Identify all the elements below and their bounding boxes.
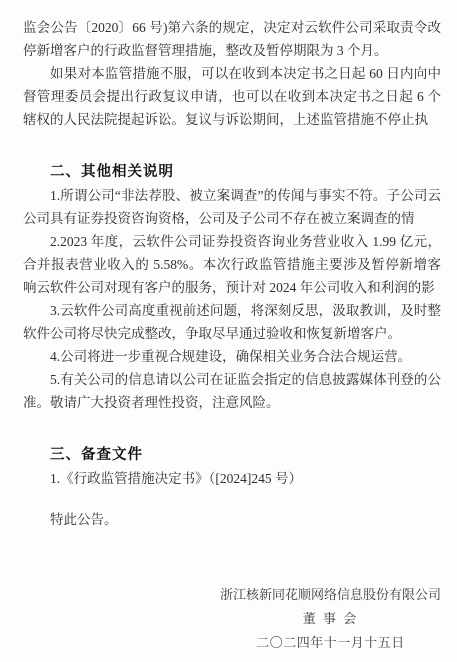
signature-block: 浙江核新同花顺网络信息股份有限公司 董 事 会 二〇二四年十一月十五日: [220, 583, 441, 655]
paragraph: 3.云软件公司高度重视前述问题，将深刻反思，汲取教训，及时整改。云软件公司将尽快…: [23, 299, 441, 345]
announcement-document: 监会公告〔2020〕66 号)第六条的规定，决定对云软件公司采取责令改正、责令暂…: [0, 0, 457, 662]
paragraph: 1.《行政监管措施决定书》（[2024]245 号）: [23, 467, 441, 490]
text-line: 督管理委员会提出行政复议申请，也可以在收到本决定书之日起 6 个月内向有管: [23, 85, 441, 108]
paragraph: 监会公告〔2020〕66 号)第六条的规定，决定对云软件公司采取责令改正、责令暂…: [23, 16, 441, 62]
text-line: 准。敬请广大投资者理性投资，注意风险。: [23, 391, 441, 414]
board-of-directors: 董 事 会: [220, 607, 441, 631]
text-line: 辖权的人民法院提起诉讼。复议与诉讼期间，上述监管措施不停止执行。: [23, 108, 441, 131]
text-line: 5.有关公司的信息请以公司在证监会指定的信息披露媒体刊登的公告为: [23, 368, 441, 391]
paragraph: 如果对本监管措施不服，可以在收到本决定书之日起 60 日内向中国证券监督管理委员…: [23, 62, 441, 131]
text-line: 软件公司将尽快完成整改，争取尽早通过验收和恢复新增客户。: [23, 322, 441, 345]
text-line: 公司具有证券投资咨询资格，公司及子公司不存在被立案调查的情况。: [23, 207, 441, 230]
text-line: 1.所谓公司“非法荐股、被立案调查”的传闻与事实不符。子公司云软件: [23, 184, 441, 207]
document-body: 监会公告〔2020〕66 号)第六条的规定，决定对云软件公司采取责令改正、责令暂…: [23, 16, 441, 490]
text-line: 监会公告〔2020〕66 号)第六条的规定，决定对云软件公司采取责令改正、责令暂: [23, 16, 441, 39]
text-line: 4.公司将进一步重视合规建设，确保相关业务合法合规运营。: [23, 345, 441, 368]
text-line: 2.2023 年度，云软件公司证券投资咨询业务营业收入 1.99 亿元，占公司: [23, 230, 441, 253]
paragraph: 2.2023 年度，云软件公司证券投资咨询业务营业收入 1.99 亿元，占公司合…: [23, 230, 441, 299]
text-line: 1.《行政监管措施决定书》（[2024]245 号）: [23, 467, 441, 490]
text-line: 如果对本监管措施不服，可以在收到本决定书之日起 60 日内向中国证券监: [23, 62, 441, 85]
paragraph: 1.所谓公司“非法荐股、被立案调查”的传闻与事实不符。子公司云软件公司具有证券投…: [23, 184, 441, 230]
text-line: 停新增客户的行政监督管理措施，整改及暂停期限为 3 个月。: [23, 39, 441, 62]
text-line: 合并报表营业收入的 5.58%。本次行政监管措施主要涉及暂停新增客户，不影: [23, 253, 441, 276]
text-line: 响云软件公司对现有客户的服务，预计对 2024 年公司收入和利润的影响较小。: [23, 276, 441, 299]
section-heading: 二、其他相关说明: [23, 161, 441, 184]
paragraph: 4.公司将进一步重视合规建设，确保相关业务合法合规运营。: [23, 345, 441, 368]
signature-date: 二〇二四年十一月十五日: [220, 631, 441, 655]
section-heading: 三、备查文件: [23, 444, 441, 467]
company-name: 浙江核新同花顺网络信息股份有限公司: [220, 583, 441, 607]
paragraph: 5.有关公司的信息请以公司在证监会指定的信息披露媒体刊登的公告为准。敬请广大投资…: [23, 368, 441, 414]
text-line: 3.云软件公司高度重视前述问题，将深刻反思，汲取教训，及时整改。云: [23, 299, 441, 322]
closing-statement: 特此公告。: [23, 508, 441, 531]
